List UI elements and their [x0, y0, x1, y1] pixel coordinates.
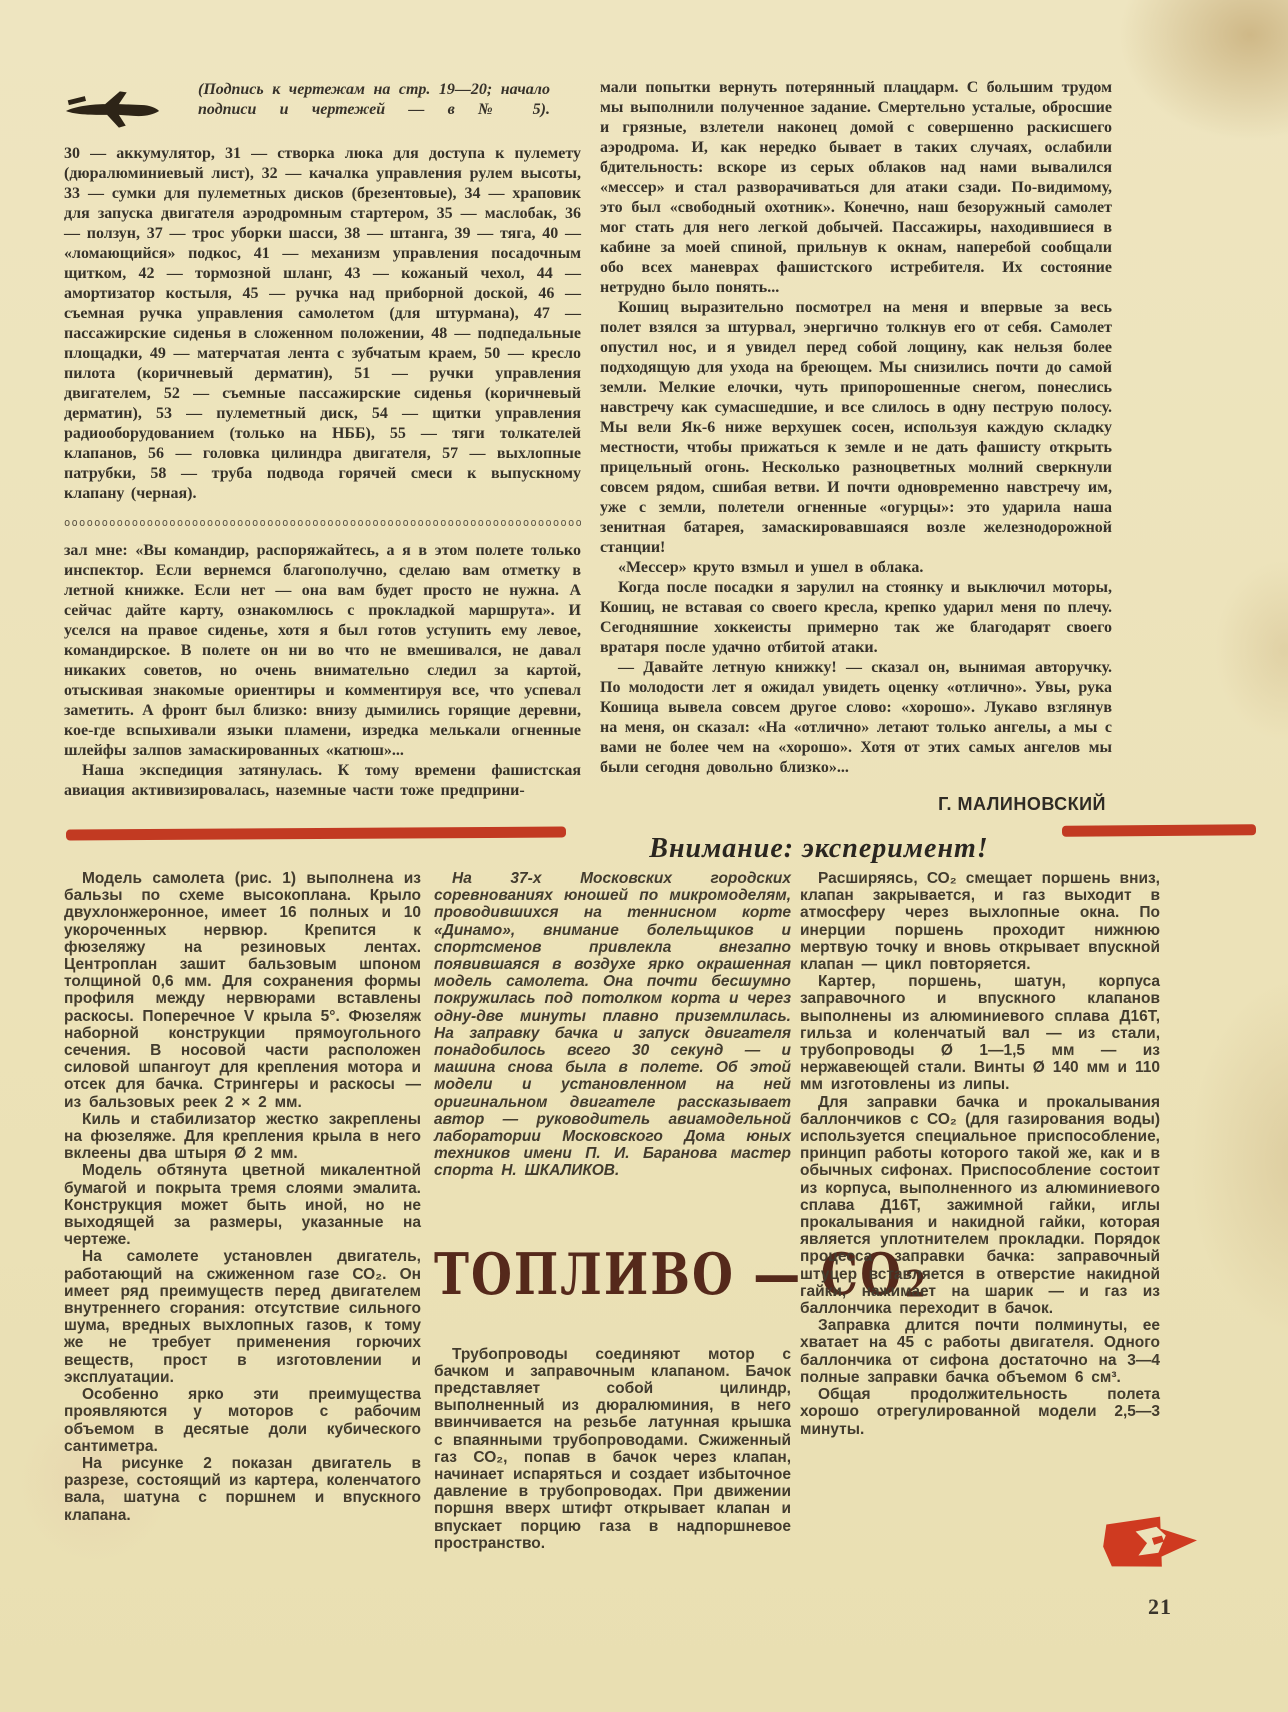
- article-paragraph: На самолете установлен двигатель, работа…: [64, 1248, 421, 1386]
- circle-chain-divider: oooooooooooooooooooooooooooooooooooooooo…: [64, 517, 581, 531]
- story-paragraph: зал мне: «Вы командир, распоряжайтесь, а…: [64, 541, 581, 761]
- top-left-column: (Подпись к чертежам на стр. 19—20; начал…: [64, 80, 581, 801]
- story-paragraph: «Мессер» круто взмыл и ушел в облака.: [600, 558, 1112, 578]
- story-paragraph: Наша экспедиция затянулась. К тому време…: [64, 761, 581, 801]
- story-paragraph: Когда после посадки я зарулил на стоянку…: [600, 578, 1112, 658]
- page-number: 21: [1148, 1594, 1172, 1620]
- red-rule-right: [1062, 824, 1256, 837]
- article-paragraph: Расширяясь, СО₂ смещает поршень вниз, кл…: [800, 870, 1160, 973]
- article-paragraph: На рисунке 2 показан двигатель в разрезе…: [64, 1455, 421, 1524]
- story-paragraph: — Давайте летную книжку! — сказал он, вы…: [600, 658, 1112, 778]
- parts-list: 30 — аккумулятор, 31 — створка люка для …: [64, 144, 581, 504]
- article-right-column: Расширяясь, СО₂ смещает поршень вниз, кл…: [800, 870, 1160, 1438]
- article-paragraph: Киль и стабилизатор жестко закреплены на…: [64, 1111, 421, 1163]
- section-title: Внимание: эксперимент!: [580, 833, 1058, 865]
- article-lead-paragraph: На 37-х Московских городских соревновани…: [434, 870, 791, 1180]
- drawings-caption: (Подпись к чертежам на стр. 19—20; начал…: [198, 80, 550, 120]
- article-title: ТОПЛИВО — СО 2: [434, 1208, 791, 1303]
- airplane-icon: [64, 84, 162, 132]
- article-left-column: Модель самолета (рис. 1) выполнена из ба…: [64, 870, 421, 1524]
- top-right-column: мали попытки вернуть потерянный плацдарм…: [600, 78, 1112, 815]
- article-paragraph: Трубопроводы соединяют мотор с бачком и …: [434, 1346, 791, 1552]
- experiment-header: Внимание: эксперимент!: [0, 808, 1288, 862]
- pointing-hand-icon: [1099, 1512, 1203, 1572]
- paper-stain: [1215, 560, 1288, 740]
- article-paragraph: Модель самолета (рис. 1) выполнена из ба…: [64, 870, 421, 1111]
- story-paragraph: мали попытки вернуть потерянный плацдарм…: [600, 78, 1112, 298]
- article-middle-column: На 37-х Московских городских соревновани…: [434, 870, 791, 1552]
- article-paragraph: Общая продолжительность полета хорошо от…: [800, 1386, 1160, 1438]
- article-paragraph: Для заправки бачка и прокалывания баллон…: [800, 1094, 1160, 1318]
- caption-row: (Подпись к чертежам на стр. 19—20; начал…: [64, 80, 581, 132]
- red-rule-left: [66, 826, 566, 840]
- article-paragraph: Заправка длится почти полминуты, ее хват…: [800, 1317, 1160, 1386]
- story-paragraph: Кошиц выразительно посмотрел на меня и в…: [600, 298, 1112, 558]
- paper-stain: [1190, 980, 1288, 1340]
- paper-stain: [1120, 0, 1288, 140]
- article-paragraph: Картер, поршень, шатун, корпуса заправоч…: [800, 973, 1160, 1093]
- article-paragraph: Модель обтянута цветной микалентной бума…: [64, 1162, 421, 1248]
- article-paragraph: Особенно ярко эти преимущества проявляют…: [64, 1386, 421, 1455]
